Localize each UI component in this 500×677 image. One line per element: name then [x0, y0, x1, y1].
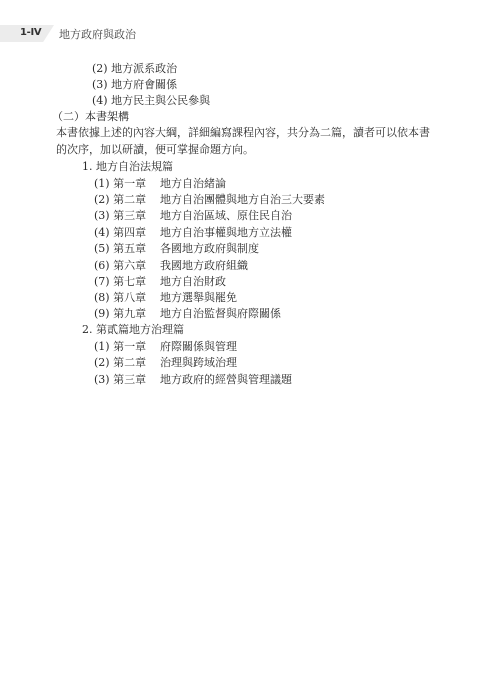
chapter-number: (1) 第一章: [94, 177, 160, 191]
list-item: (4) 地方民主與公民參與: [92, 94, 210, 108]
chapter-number: (5) 第五章: [94, 242, 160, 256]
chapter-item: (4) 第四章地方自治事權與地方立法權: [94, 226, 292, 240]
chapter-item: (7) 第七章地方自治財政: [94, 275, 226, 289]
chapter-title: 我國地方政府組織: [160, 259, 248, 272]
chapter-number: (9) 第九章: [94, 307, 160, 321]
chapter-title: 地方自治監督與府際關係: [160, 307, 281, 320]
chapter-title: 治理與跨域治理: [160, 356, 237, 369]
chapter-item: (1) 第一章地方自治緒論: [94, 177, 226, 191]
list-item: (2) 地方派系政治: [92, 62, 177, 76]
chapter-title: 地方自治緒論: [160, 177, 226, 190]
chapter-item: (9) 第九章地方自治監督與府際關係: [94, 307, 281, 321]
chapter-item: (1) 第一章府際關係與管理: [94, 340, 237, 354]
chapter-title: 地方政府的經營與管理議題: [160, 373, 292, 386]
chapter-title: 地方自治團體與地方自治三大要素: [160, 193, 325, 206]
chapter-item: (5) 第五章各國地方政府與制度: [94, 242, 259, 256]
chapter-item: (3) 第三章地方政府的經營與管理議題: [94, 373, 292, 387]
chapter-title: 地方自治財政: [160, 275, 226, 288]
chapter-number: (3) 第三章: [94, 209, 160, 223]
chapter-number: (7) 第七章: [94, 275, 160, 289]
paragraph-line: 本書依據上述的內容大綱，詳細編寫課程內容，共分為二篇，讀者可以依本書: [56, 126, 430, 140]
page-number: 1-IV: [20, 27, 41, 38]
chapter-item: (2) 第二章治理與跨域治理: [94, 356, 237, 370]
chapter-item: (8) 第八章地方選舉與罷免: [94, 291, 237, 305]
chapter-number: (1) 第一章: [94, 340, 160, 354]
chapter-number: (2) 第二章: [94, 356, 160, 370]
paragraph-line: 的次序，加以研讀，便可掌握命題方向。: [56, 143, 254, 157]
part-title: 1. 地方自治法規篇: [82, 160, 173, 174]
chapter-number: (8) 第八章: [94, 291, 160, 305]
chapter-number: (2) 第二章: [94, 193, 160, 207]
section-heading: （二）本書架構: [52, 110, 129, 124]
chapter-title: 地方自治區域、原住民自治: [160, 209, 292, 222]
chapter-title: 地方自治事權與地方立法權: [160, 226, 292, 239]
chapter-item: (2) 第二章地方自治團體與地方自治三大要素: [94, 193, 325, 207]
chapter-title: 府際關係與管理: [160, 340, 237, 353]
chapter-item: (6) 第六章我國地方政府組織: [94, 259, 248, 273]
chapter-number: (4) 第四章: [94, 226, 160, 240]
chapter-number: (6) 第六章: [94, 259, 160, 273]
running-title: 地方政府與政治: [59, 26, 136, 42]
chapter-number: (3) 第三章: [94, 373, 160, 387]
chapter-title: 地方選舉與罷免: [160, 291, 237, 304]
chapter-title: 各國地方政府與制度: [160, 242, 259, 255]
chapter-item: (3) 第三章地方自治區域、原住民自治: [94, 209, 292, 223]
part-title: 2. 第貳篇地方治理篇: [82, 323, 184, 337]
list-item: (3) 地方府會關係: [92, 78, 177, 92]
